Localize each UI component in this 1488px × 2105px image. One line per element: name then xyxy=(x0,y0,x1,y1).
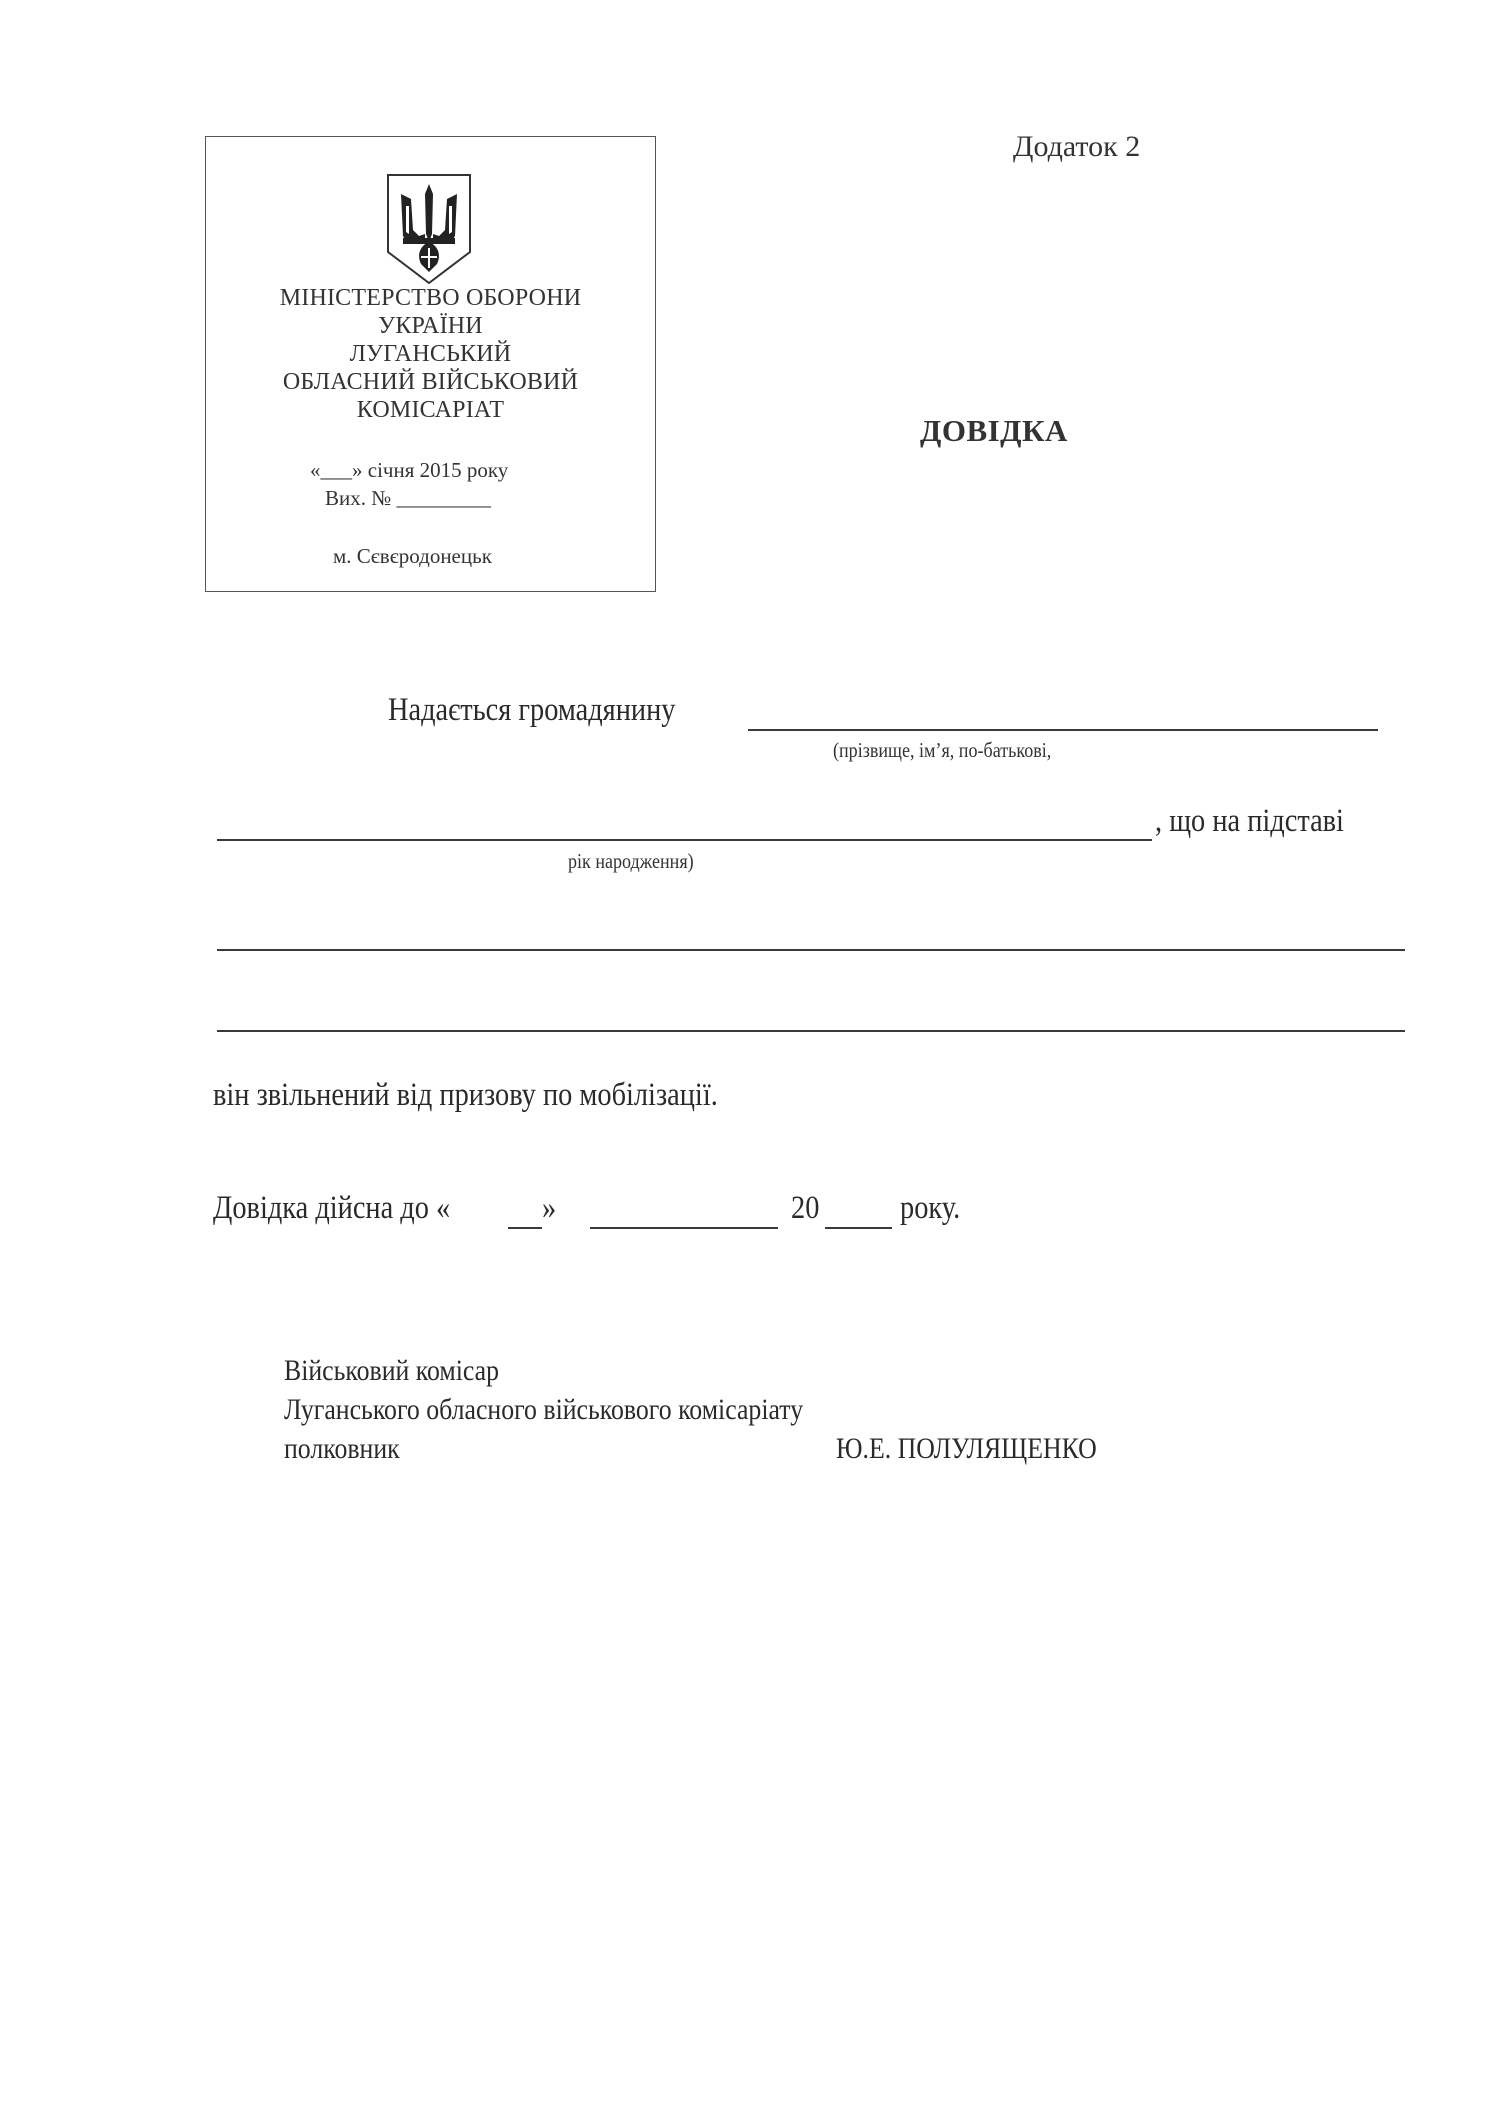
trident-coat-of-arms-icon xyxy=(385,172,473,286)
exemption-statement: він звільнений від призову по мобілізаці… xyxy=(213,1077,800,1114)
org-line-5: КОМІСАРІАТ xyxy=(205,396,656,424)
org-line-2: УКРАЇНИ xyxy=(205,312,656,340)
validity-prefix: Довідка дійсна до « xyxy=(213,1190,489,1227)
validity-century: 20 xyxy=(791,1190,824,1227)
org-line-1: МІНІСТЕРСТВО ОБОРОНИ xyxy=(205,284,656,312)
basis-field-line-1[interactable] xyxy=(217,949,1405,951)
validity-day-field[interactable] xyxy=(508,1227,542,1229)
annex-label: Додаток 2 xyxy=(1013,130,1140,164)
basis-field-line-2[interactable] xyxy=(217,1030,1405,1032)
issue-date-line: «___» січня 2015 року xyxy=(310,458,508,483)
birth-year-hint: рік народження) xyxy=(568,849,714,874)
validity-year-field[interactable] xyxy=(825,1227,892,1229)
org-line-4: ОБЛАСНИЙ ВІЙСЬКОВИЙ xyxy=(205,368,656,396)
org-line-3: ЛУГАНСЬКИЙ xyxy=(205,340,656,368)
outgoing-number: Вих. № _________ xyxy=(325,486,491,511)
validity-suffix: року. xyxy=(900,1190,970,1227)
document-title: ДОВІДКА xyxy=(920,413,1068,449)
issued-to-label: Надається громадянину xyxy=(388,692,722,729)
signatory-rank: полковник xyxy=(284,1432,419,1466)
signatory-position-line-2: Луганського обласного військового коміса… xyxy=(284,1393,888,1427)
city-label: м. Сєвєродонецьк xyxy=(333,544,492,569)
birth-year-field[interactable] xyxy=(217,839,1152,841)
full-name-field[interactable] xyxy=(748,729,1378,731)
signatory-position-line-1: Військовий комісар xyxy=(284,1354,534,1388)
full-name-hint: (прізвище, ім’я, по-батькові, xyxy=(833,738,1087,763)
signatory-name: Ю.Е. ПОЛУЛЯЩЕНКО xyxy=(836,1432,1139,1466)
validity-month-field[interactable] xyxy=(590,1227,778,1229)
validity-close-quote: » xyxy=(542,1190,559,1227)
basis-label: , що на підставі xyxy=(1155,803,1375,840)
